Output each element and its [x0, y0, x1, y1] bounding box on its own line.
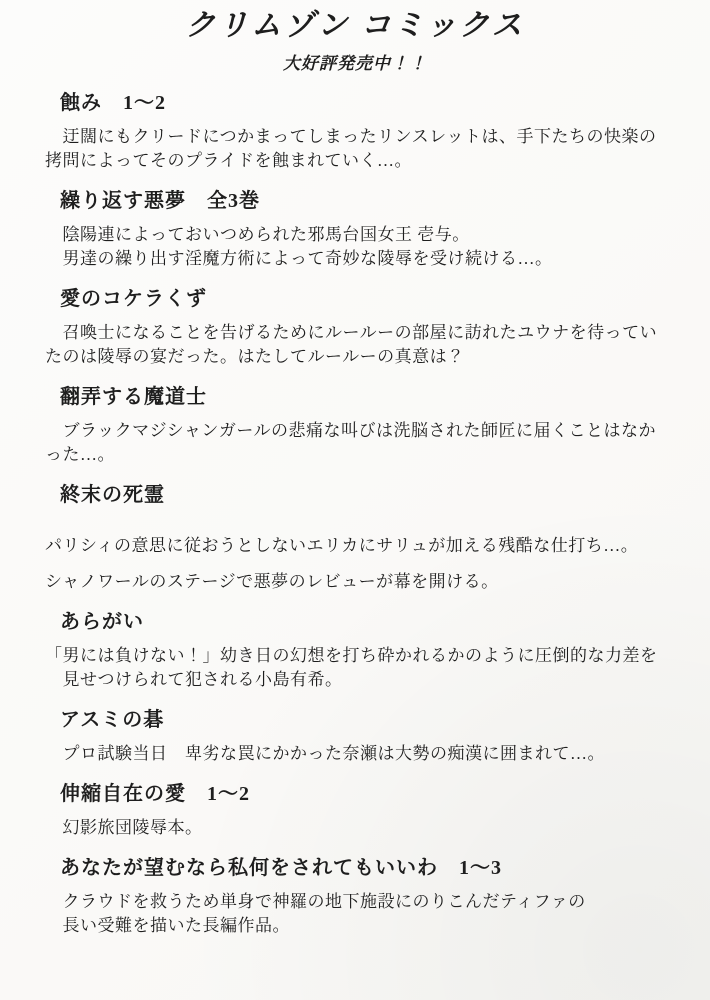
book-body: クラウドを救うため単身で神羅の地下施設にのりこんだティファの 長い受難を描いた長… — [0, 890, 710, 938]
book-title: 終末の死霊 — [60, 482, 670, 508]
book-description-line: 召喚士になることを告げるためにルールーの部屋に訪れたユウナを待ってい — [45, 321, 672, 345]
book-entry: 愛のコケラくず 召喚士になることを告げるためにルールーの部屋に訪れたユウナを待っ… — [0, 286, 710, 369]
book-title: 伸縮自在の愛 1～2 — [60, 781, 670, 807]
book-entry: あらがい 「男には負けない！」幼き日の幻想を打ち砕かれるかのように圧倒的な力差を… — [0, 609, 710, 692]
book-description: 「男には負けない！」幼き日の幻想を打ち砕かれるかのように圧倒的な力差を 見せつけ… — [45, 644, 672, 692]
book-description-line: 長い受難を描いた長編作品。 — [45, 914, 672, 938]
book-title: あなたが望むなら私何をされてもいいわ 1～3 — [60, 855, 670, 881]
book-description-line: たのは陵辱の宴だった。はたしてルールーの真意は？ — [45, 345, 672, 369]
book-description-line: 陰陽連によっておいつめられた邪馬台国女王 壱与。 — [45, 223, 672, 247]
book-entry: 繰り返す悪夢 全3巻 陰陽連によっておいつめられた邪馬台国女王 壱与。 男達の繰… — [0, 188, 710, 271]
book-body: 迂闊にもクリードにつかまってしまったリンスレットは、手下たちの快楽の拷問によって… — [0, 125, 710, 173]
book-body: 召喚士になることを告げるためにルールーの部屋に訪れたユウナを待っていたのは陵辱の… — [0, 321, 710, 369]
book-description: 幻影旅団陵辱本。 — [45, 816, 672, 840]
book-description-line: パリシィの意思に従おうとしないエリカにサリュが加える残酷な仕打ち…。 — [45, 534, 672, 558]
book-entry: あなたが望むなら私何をされてもいいわ 1～3 クラウドを救うため単身で神羅の地下… — [0, 855, 710, 938]
book-body: 「男には負けない！」幼き日の幻想を打ち砕かれるかのように圧倒的な力差を 見せつけ… — [0, 644, 710, 692]
book-description: 陰陽連によっておいつめられた邪馬台国女王 壱与。 男達の繰り出す淫魔方術によって… — [45, 223, 672, 271]
page-subtitle: 大好評発売中！！ — [0, 53, 710, 75]
book-description: 召喚士になることを告げるためにルールーの部屋に訪れたユウナを待っていたのは陵辱の… — [45, 321, 672, 369]
book-description-line: ブラックマジシャンガールの悲痛な叫びは洗脳された師匠に届くことはなか — [45, 419, 672, 443]
book-entry: 伸縮自在の愛 1～2 幻影旅団陵辱本。 — [0, 781, 710, 840]
book-description-line: シャノワールのステージで悪夢のレビューが幕を開ける。 — [45, 570, 672, 594]
book-description: シャノワールのステージで悪夢のレビューが幕を開ける。 — [45, 570, 672, 594]
book-description-line: 見せつけられて犯される小島有希。 — [45, 668, 672, 692]
book-body: ブラックマジシャンガールの悲痛な叫びは洗脳された師匠に届くことはなかった…。 — [0, 419, 710, 467]
book-description: クラウドを救うため単身で神羅の地下施設にのりこんだティファの 長い受難を描いた長… — [45, 890, 672, 938]
book-description-line: った…。 — [45, 443, 672, 467]
book-description-line: プロ試験当日 卑劣な罠にかかった奈瀬は大勢の痴漢に囲まれて…。 — [45, 742, 672, 766]
book-description-line: 「男には負けない！」幼き日の幻想を打ち砕かれるかのように圧倒的な力差を — [45, 644, 672, 668]
book-entry: アスミの碁 プロ試験当日 卑劣な罠にかかった奈瀬は大勢の痴漢に囲まれて…。 — [0, 707, 710, 766]
book-description: プロ試験当日 卑劣な罠にかかった奈瀬は大勢の痴漢に囲まれて…。 — [45, 742, 672, 766]
book-body: プロ試験当日 卑劣な罠にかかった奈瀬は大勢の痴漢に囲まれて…。 — [0, 742, 710, 766]
scanned-catalog-page: クリムゾン コミックス 大好評発売中！！ 蝕み 1～2 迂闊にもクリードにつかま… — [0, 8, 710, 1000]
book-description: パリシィの意思に従おうとしないエリカにサリュが加える残酷な仕打ち…。 — [45, 534, 672, 558]
book-body: 陰陽連によっておいつめられた邪馬台国女王 壱与。 男達の繰り出す淫魔方術によって… — [0, 223, 710, 271]
book-description-line: 男達の繰り出す淫魔方術によって奇妙な陵辱を受け続ける…。 — [45, 247, 672, 271]
book-body: パリシィの意思に従おうとしないエリカにサリュが加える残酷な仕打ち…。シャノワール… — [0, 534, 710, 594]
book-title: 翻弄する魔道士 — [60, 384, 670, 410]
book-description-line: クラウドを救うため単身で神羅の地下施設にのりこんだティファの — [45, 890, 672, 914]
book-title: 繰り返す悪夢 全3巻 — [60, 188, 670, 214]
page-title: クリムゾン コミックス — [0, 8, 710, 44]
book-description: ブラックマジシャンガールの悲痛な叫びは洗脳された師匠に届くことはなかった…。 — [45, 419, 672, 467]
book-body: 幻影旅団陵辱本。 — [0, 816, 710, 840]
book-list: 蝕み 1～2 迂闊にもクリードにつかまってしまったリンスレットは、手下たちの快楽… — [0, 90, 710, 938]
book-description: 迂闊にもクリードにつかまってしまったリンスレットは、手下たちの快楽の拷問によって… — [45, 125, 672, 173]
book-title: 蝕み 1～2 — [60, 90, 670, 116]
book-title: あらがい — [60, 609, 670, 635]
book-entry: 終末の死霊 パリシィの意思に従おうとしないエリカにサリュが加える残酷な仕打ち…。… — [0, 482, 710, 594]
book-description-line: 拷問によってそのプライドを蝕まれていく…。 — [45, 149, 672, 173]
book-entry: 翻弄する魔道士 ブラックマジシャンガールの悲痛な叫びは洗脳された師匠に届くことは… — [0, 384, 710, 467]
book-title: 愛のコケラくず — [60, 286, 670, 312]
book-title: アスミの碁 — [60, 707, 670, 733]
book-description-line: 迂闊にもクリードにつかまってしまったリンスレットは、手下たちの快楽の — [45, 125, 672, 149]
book-description-line: 幻影旅団陵辱本。 — [45, 816, 672, 840]
book-entry: 蝕み 1～2 迂闊にもクリードにつかまってしまったリンスレットは、手下たちの快楽… — [0, 90, 710, 173]
